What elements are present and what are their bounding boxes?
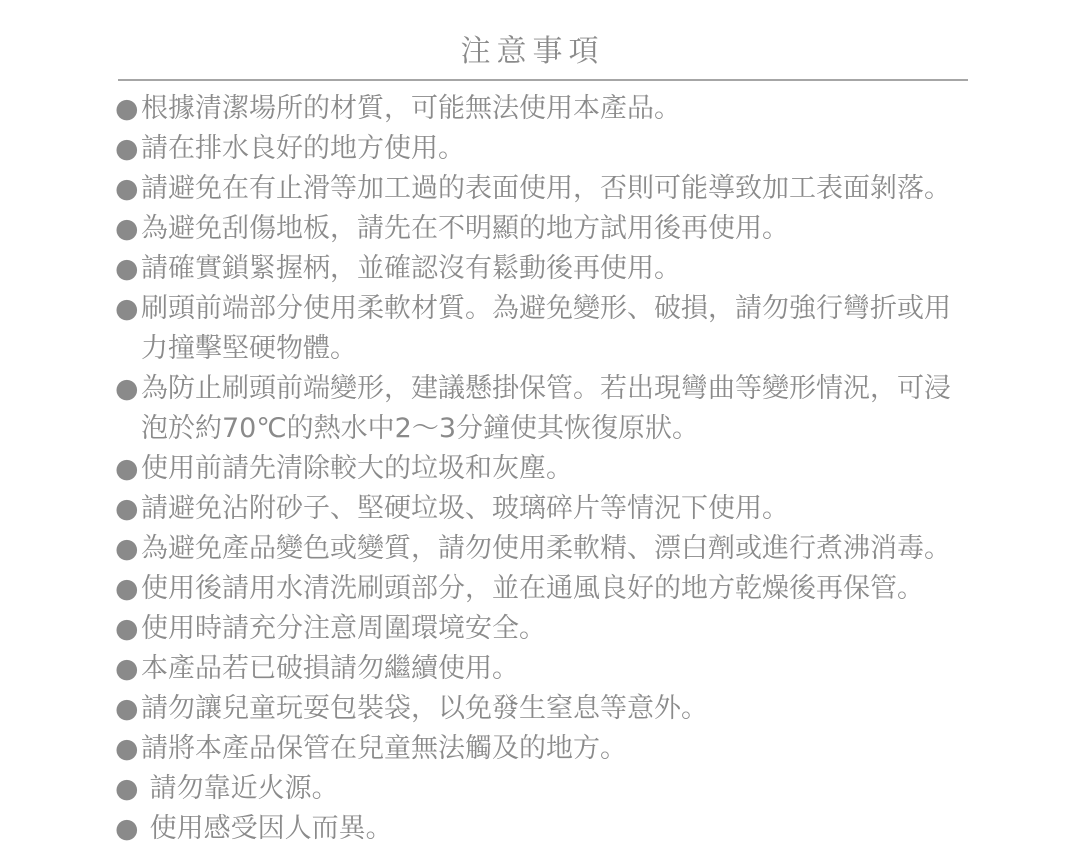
list-item: ● 根據清潔場所的材質，可能無法使用本產品。	[115, 89, 970, 129]
note-text: 請避免沾附砂子、堅硬垃圾、玻璃碎片等情況下使用。	[141, 489, 970, 529]
note-text: 請將本產品保管在兒童無法觸及的地方。	[141, 729, 970, 769]
divider	[118, 79, 968, 81]
bullet-icon: ●	[115, 289, 141, 329]
list-item: ● 請在排水良好的地方使用。	[115, 129, 970, 169]
note-text: 請勿靠近火源。	[141, 769, 970, 809]
list-item: ● 請勿靠近火源。	[115, 769, 970, 809]
list-item: ● 使用感受因人而異。	[115, 809, 970, 849]
list-item: ● 使用時請充分注意周圍環境安全。	[115, 609, 970, 649]
bullet-icon: ●	[115, 569, 141, 609]
note-text: 根據清潔場所的材質，可能無法使用本產品。	[141, 89, 970, 129]
list-item: ● 請勿讓兒童玩耍包裝袋，以免發生窒息等意外。	[115, 689, 970, 729]
bullet-icon: ●	[115, 809, 141, 849]
note-text: 請勿讓兒童玩耍包裝袋，以免發生窒息等意外。	[141, 689, 970, 729]
note-text: 刷頭前端部分使用柔軟材質。為避免變形、破損，請勿強行彎折或用力撞擊堅硬物體。	[141, 289, 970, 369]
list-item: ● 請避免沾附砂子、堅硬垃圾、玻璃碎片等情況下使用。	[115, 489, 970, 529]
list-item: ● 本產品若已破損請勿繼續使用。	[115, 649, 970, 689]
list-item: ● 請將本產品保管在兒童無法觸及的地方。	[115, 729, 970, 769]
bullet-icon: ●	[115, 369, 141, 409]
bullet-icon: ●	[115, 769, 141, 809]
note-text: 使用前請先清除較大的垃圾和灰塵。	[141, 449, 970, 489]
bullet-icon: ●	[115, 89, 141, 129]
note-text: 使用後請用水清洗刷頭部分，並在通風良好的地方乾燥後再保管。	[141, 569, 970, 609]
bullet-icon: ●	[115, 489, 141, 529]
list-item: ● 請確實鎖緊握柄，並確認沒有鬆動後再使用。	[115, 249, 970, 289]
note-text: 使用時請充分注意周圍環境安全。	[141, 609, 970, 649]
list-item: ● 為避免產品變色或變質，請勿使用柔軟精、漂白劑或進行煮沸消毒。	[115, 529, 970, 569]
bullet-icon: ●	[115, 689, 141, 729]
list-item: ● 為避免刮傷地板，請先在不明顯的地方試用後再使用。	[115, 209, 970, 249]
list-item: ● 為防止刷頭前端變形，建議懸掛保管。若出現彎曲等變形情況，可浸泡於約70℃的熱…	[115, 369, 970, 449]
note-text: 使用感受因人而異。	[141, 809, 970, 849]
note-text: 為避免刮傷地板，請先在不明顯的地方試用後再使用。	[141, 209, 970, 249]
bullet-icon: ●	[115, 449, 141, 489]
bullet-icon: ●	[115, 729, 141, 769]
note-text: 本產品若已破損請勿繼續使用。	[141, 649, 970, 689]
list-item: ● 請避免在有止滑等加工過的表面使用，否則可能導致加工表面剝落。	[115, 169, 970, 209]
bullet-icon: ●	[115, 609, 141, 649]
list-item: ● 使用後請用水清洗刷頭部分，並在通風良好的地方乾燥後再保管。	[115, 569, 970, 609]
list-item: ● 刷頭前端部分使用柔軟材質。為避免變形、破損，請勿強行彎折或用力撞擊堅硬物體。	[115, 289, 970, 369]
precautions-page: 注意事項 ● 根據清潔場所的材質，可能無法使用本產品。 ● 請在排水良好的地方使…	[0, 0, 1065, 860]
note-text: 為避免產品變色或變質，請勿使用柔軟精、漂白劑或進行煮沸消毒。	[141, 529, 970, 569]
bullet-icon: ●	[115, 209, 141, 249]
note-text: 請避免在有止滑等加工過的表面使用，否則可能導致加工表面剝落。	[141, 169, 970, 209]
bullet-icon: ●	[115, 129, 141, 169]
page-title: 注意事項	[0, 0, 1065, 68]
bullet-icon: ●	[115, 249, 141, 289]
list-item: ● 使用前請先清除較大的垃圾和灰塵。	[115, 449, 970, 489]
note-text: 為防止刷頭前端變形，建議懸掛保管。若出現彎曲等變形情況，可浸泡於約70℃的熱水中…	[141, 369, 970, 449]
notes-list: ● 根據清潔場所的材質，可能無法使用本產品。 ● 請在排水良好的地方使用。 ● …	[0, 89, 1065, 849]
note-text: 請在排水良好的地方使用。	[141, 129, 970, 169]
note-text: 請確實鎖緊握柄，並確認沒有鬆動後再使用。	[141, 249, 970, 289]
bullet-icon: ●	[115, 649, 141, 689]
bullet-icon: ●	[115, 529, 141, 569]
bullet-icon: ●	[115, 169, 141, 209]
